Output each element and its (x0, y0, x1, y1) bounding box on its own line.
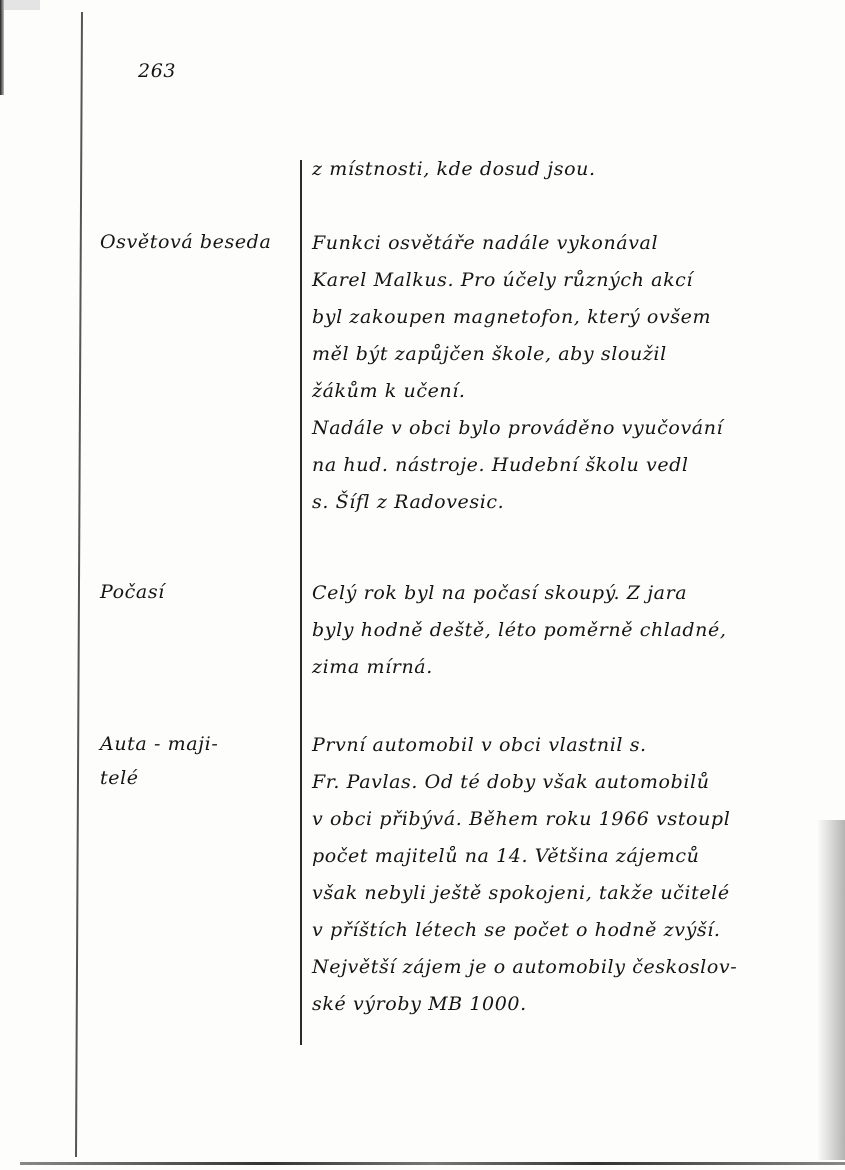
text-line: Fr. Pavlas. Od té doby však automobilů (312, 764, 842, 801)
text-line: Největší zájem je o automobily českoslov… (312, 949, 842, 986)
text-line: Celý rok byl na počasí skoupý. Z jara (312, 575, 842, 612)
section-body: První automobil v obci vlastnil s. Fr. P… (312, 727, 842, 1023)
text-line: Karel Malkus. Pro účely různých akcí (312, 262, 842, 299)
text-line: s. Šífl z Radovesic. (312, 484, 842, 521)
section-body: Funkci osvětáře nadále vykonával Karel M… (312, 225, 842, 521)
section-label: Osvětová beseda (100, 225, 295, 259)
scan-edge-top (0, 0, 40, 10)
section-body: Celý rok byl na počasí skoupý. Z jara by… (312, 575, 842, 686)
page-bottom-edge (20, 1162, 845, 1165)
text-line: však nebyli ještě spokojeni, takže učite… (312, 875, 842, 912)
text-line: Funkci osvětáře nadále vykonával (312, 225, 842, 262)
continuation-line: z místnosti, kde dosud jsou. (312, 158, 596, 180)
text-line: v obci přibývá. Během roku 1966 vstoupl (312, 801, 842, 838)
section-label: Počasí (100, 575, 295, 609)
text-line: měl být zapůjčen škole, aby sloužil (312, 336, 842, 373)
text-line: zima mírná. (312, 649, 842, 686)
text-line: počet majitelů na 14. Většina zájemců (312, 838, 842, 875)
text-line: byly hodně deště, léto poměrně chladné, (312, 612, 842, 649)
text-line: v příštích létech se počet o hodně zvýší… (312, 912, 842, 949)
text-line: na hud. nástroje. Hudební školu vedl (312, 447, 842, 484)
text-line: ské výroby MB 1000. (312, 986, 842, 1023)
section-label: Auta - maji- telé (100, 727, 295, 795)
text-line: žákům k učení. (312, 373, 842, 410)
scan-edge-left (0, 0, 4, 95)
binding-margin-line (75, 12, 83, 1157)
page-number: 263 (138, 60, 176, 82)
text-line: Nadále v obci bylo prováděno vyučování (312, 410, 842, 447)
column-divider (300, 160, 302, 1045)
text-line: První automobil v obci vlastnil s. (312, 727, 842, 764)
text-line: byl zakoupen magnetofon, který ovšem (312, 299, 842, 336)
